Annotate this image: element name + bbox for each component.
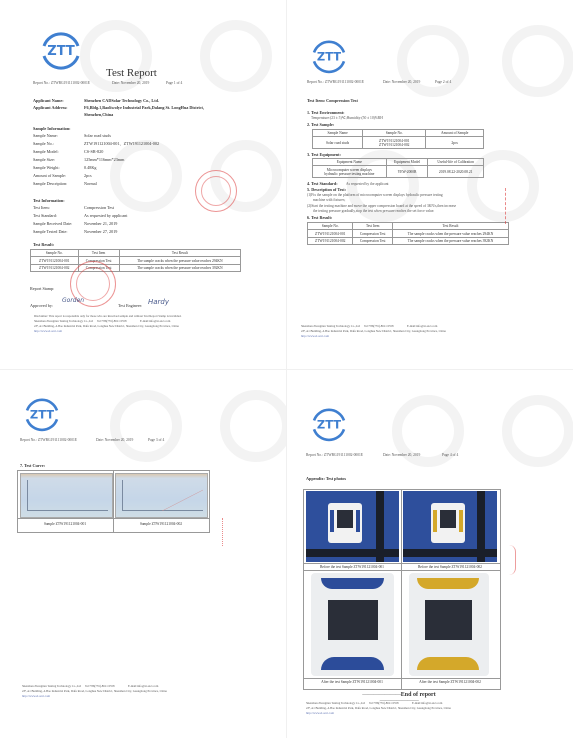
divider [17, 518, 209, 519]
info-value: CS-SR-820 [84, 149, 103, 154]
footer-email[interactable]: E-mail:info@zt-szct.com [412, 701, 442, 705]
info-label: Sample Tested Date: [33, 229, 68, 234]
report-number: Report No.: ZTWBG191111002-0001E [20, 438, 77, 442]
footer-email[interactable]: E-mail:info@zt-szct.com [407, 324, 437, 328]
footer-company: Shenzhen Zhongtian Testing Technology Co… [22, 684, 81, 688]
curve-caption-1: Sample ZTW191121004-001 [17, 522, 113, 526]
equipment-table: Equipment Name Equipment Model Useful-li… [312, 158, 484, 178]
applicant-address-line2: Shenzhen,China [84, 112, 113, 117]
applicant-address: F6,Bldg.1,Baoliwolye Industrial Park,Dal… [84, 105, 204, 110]
info-value: As requested by applicant [84, 213, 127, 218]
watermark [110, 390, 182, 462]
test-engineer-label: Test Engineer: [118, 303, 142, 308]
report-page-2: ZTT Report No.: ZTWBG191111002-0001E Dat… [287, 0, 573, 369]
info-value: 0.48Kg [84, 165, 96, 170]
footer-tel: Tel:+86(755)-8611 6558 [97, 319, 126, 323]
footer-company: Shenzhen Zhongtian Testing Technology Co… [306, 701, 365, 705]
info-label: Test Standard: [33, 213, 57, 218]
standard-value: As requested by the applicant [346, 182, 389, 186]
info-label: Sample Received Date: [33, 221, 72, 226]
footer-email[interactable]: E-mail:info@zt-szct.com [128, 684, 158, 688]
page-separator [0, 369, 573, 370]
watermark [220, 390, 286, 462]
info-label: Sample No.: [33, 141, 54, 146]
report-title: Test Report [106, 67, 157, 79]
footer-website[interactable]: http://www.zt-szct.com [22, 694, 50, 698]
divider [401, 489, 402, 689]
test-info-heading: Test Information: [33, 198, 65, 203]
info-label: Sample Size: [33, 157, 55, 162]
col-header: Test Result [119, 250, 240, 257]
footer-tel: Tel:+86(755)-8611 6558 [364, 324, 393, 328]
env-value: Temperature:(23 ± 5)℃;Humidity:(50 ± 10)… [311, 116, 383, 120]
table-row: Solar road studs ZTW191121004-001ZTW1911… [313, 137, 484, 148]
report-page-1: ZTT Test Report Report No.: ZTWBG1911110… [0, 0, 286, 369]
table-row: ZTW191121004-002Compression TestThe samp… [308, 237, 509, 244]
footer-website[interactable]: http://www.zt-szct.com [34, 329, 62, 333]
stamp-edge [222, 518, 226, 546]
sample-table: Sample Name Sample No. Amount of Sample … [312, 129, 484, 149]
description-heading: 5. Description of Test: [307, 187, 346, 192]
footer-website[interactable]: http://www.zt-szct.com [306, 711, 334, 715]
col-header: Sample No. [363, 130, 426, 137]
footer-website[interactable]: http://www.zt-szct.com [301, 334, 329, 338]
approver-signature: Gorden [62, 297, 84, 304]
ztt-logo: ZTT [307, 406, 351, 442]
report-number: Report No.: ZTWBG191111002-0001E [306, 453, 363, 457]
test-result-heading: Test Result: [33, 242, 54, 247]
info-label: Test Item: [33, 205, 50, 210]
disclaimer: Disclaimer: This report is responsible o… [34, 314, 181, 318]
ztt-logo: ZTT [20, 396, 64, 432]
standard-heading: 4. Test Standard: [307, 181, 338, 186]
official-stamp [195, 170, 237, 212]
approved-by-label: Approved by: [30, 303, 53, 308]
watermark [502, 25, 573, 97]
col-header: Sample Name [313, 130, 363, 137]
report-page-4: ZTT Report No.: ZTWBG191111002-0001E Dat… [287, 370, 573, 738]
test-item-heading: Test Item: Compression Test [307, 98, 358, 103]
divider [303, 570, 500, 571]
watermark [502, 395, 573, 467]
photo-caption-1: Before the test Sample ZTW191121004-001 [303, 565, 401, 569]
footer-address: 2/F, A1 Building, A Bao Industrial Park,… [301, 329, 446, 333]
photo-after-sample-2 [409, 573, 489, 676]
test-result-table: Sample No. Test Item Test Result ZTW1911… [30, 249, 241, 272]
footer-company: Shenzhen Zhongtian Testing Technology Co… [301, 324, 360, 328]
col-header: Sample No. [31, 250, 79, 257]
info-value: 125mm*116mm*23mm [84, 157, 124, 162]
test-curve-chart-1 [20, 473, 113, 518]
footer-email[interactable]: E-mail:info@zt-szct.com [140, 319, 170, 323]
svg-text:ZTT: ZTT [317, 417, 341, 431]
info-label: Sample Description: [33, 181, 67, 186]
sample-info-heading: Sample Information: [33, 126, 71, 131]
sample-heading: 2. Test Sample: [307, 122, 334, 127]
photo-after-sample-1 [311, 573, 394, 676]
info-label: Amount of Sample: [33, 173, 66, 178]
col-header: Test Item [78, 250, 119, 257]
env-heading: 1. Test Environment: [307, 110, 345, 115]
footer-tel: Tel:+86(755)-8611 6558 [369, 701, 398, 705]
footer-address: 2/F, A1 Building, A Bao Industrial Park,… [306, 706, 451, 710]
info-value: Normal [84, 181, 97, 186]
col-header: Amount of Sample [426, 130, 484, 137]
photo-before-sample-2 [403, 491, 497, 562]
col-header: Equipment Model [386, 159, 428, 166]
info-value: Compression Test [84, 205, 114, 210]
description-step-2-cont: the testing pressure gradually,stop the … [313, 209, 434, 213]
description-step-1-cont: machine with fixtures; [313, 198, 345, 202]
info-label: Sample Name: [33, 133, 58, 138]
ztt-logo: ZTT [36, 30, 86, 70]
stamp-edge [509, 545, 516, 575]
photo-caption-4: After the test Sample ZTW191121004-002 [401, 680, 499, 684]
info-value: November 27, 2019 [84, 229, 117, 234]
description-step-1: (1)Fix the sample on the platform of mic… [307, 193, 443, 197]
info-value: 2pcs [84, 173, 92, 178]
footer-company: Shenzhen Zhongtian Testing Technology Co… [34, 319, 93, 323]
report-number: Report No.: ZTWBG191111002-0001E [33, 81, 90, 85]
info-value: November 21, 2019 [84, 221, 117, 226]
applicant-name: Shenzhen CADSolar Technology Co., Ltd. [84, 98, 159, 103]
col-header: Test Item [353, 223, 392, 230]
watermark [397, 25, 469, 97]
info-label: Sample Weight: [33, 165, 60, 170]
col-header: Sample No. [308, 223, 353, 230]
photo-before-sample-1 [306, 491, 399, 562]
ztt-logo: ZTT [307, 38, 351, 74]
curve-caption-2: Sample ZTW191121004-002 [113, 522, 209, 526]
applicant-name-label: Applicant Name: [33, 98, 64, 103]
svg-text:ZTT: ZTT [47, 44, 75, 59]
watermark [200, 20, 272, 92]
report-stamp-label: Report Stamp: [30, 286, 54, 291]
report-date: Date: November 20, 2019 [112, 81, 149, 85]
report-date: Date: November 20, 2019 [96, 438, 133, 442]
report-number: Report No.: ZTWBG191111002-0001E [307, 80, 364, 84]
info-value: Solar road studs [84, 133, 111, 138]
footer-address: 2/F, A1 Building, A Bao Industrial Park,… [34, 324, 179, 328]
photo-caption-2: Before the test Sample ZTW191121004-002 [401, 565, 499, 569]
divider [303, 563, 500, 564]
table-row: Microcomputer screen displayshydraulic p… [313, 166, 484, 177]
col-header: Equipment Name [313, 159, 387, 166]
report-date: Date: November 20, 2019 [383, 453, 420, 457]
svg-text:ZTT: ZTT [317, 49, 341, 63]
applicant-address-label: Applicant Address: [33, 105, 67, 110]
page-number: Page 4 of 4 [442, 453, 458, 457]
divider [303, 678, 500, 679]
info-label: Sample Model: [33, 149, 59, 154]
test-result-table: Sample No. Test Item Test Result ZTW1911… [307, 222, 509, 245]
info-value: ZTW191121004-001、ZTW191121004-002 [84, 141, 159, 147]
description-step-2: (2)Start the testing machine and move th… [307, 204, 456, 208]
col-header: Useful-life of Calibration [428, 159, 484, 166]
footer-tel: Tel:+86(755)-8611 6558 [85, 684, 114, 688]
appendix-heading: Appendix: Test photos [306, 476, 346, 481]
result-heading: 6. Test Result: [307, 215, 332, 220]
page-number: Page 2 of 4 [435, 80, 451, 84]
watermark [110, 140, 182, 212]
report-date: Date: November 20, 2019 [383, 80, 420, 84]
test-curve-heading: 7. Test Curve: [20, 463, 45, 468]
report-page-3: ZTT Report No.: ZTWBG191111002-0001E Dat… [0, 370, 286, 738]
footer-address: 2/F, A1 Building, A Bao Industrial Park,… [22, 689, 167, 693]
engineer-signature: Hardy [148, 298, 169, 306]
page-number: Page 3 of 4 [148, 438, 164, 442]
photo-caption-3: After the test Sample ZTW191121004-001 [303, 680, 401, 684]
svg-text:ZTT: ZTT [30, 407, 54, 421]
stamp-edge [505, 188, 511, 224]
table-row: ZTW191121004-001Compression TestThe samp… [31, 257, 241, 264]
page-number: Page 1 of 4 [166, 81, 182, 85]
col-header: Test Result [392, 223, 508, 230]
equipment-heading: 3. Test Equipment: [307, 152, 341, 157]
table-row: ZTW191121004-002Compression TestThe samp… [31, 264, 241, 271]
table-row: ZTW191121004-001Compression TestThe samp… [308, 230, 509, 237]
test-curve-chart-2 [115, 473, 208, 518]
